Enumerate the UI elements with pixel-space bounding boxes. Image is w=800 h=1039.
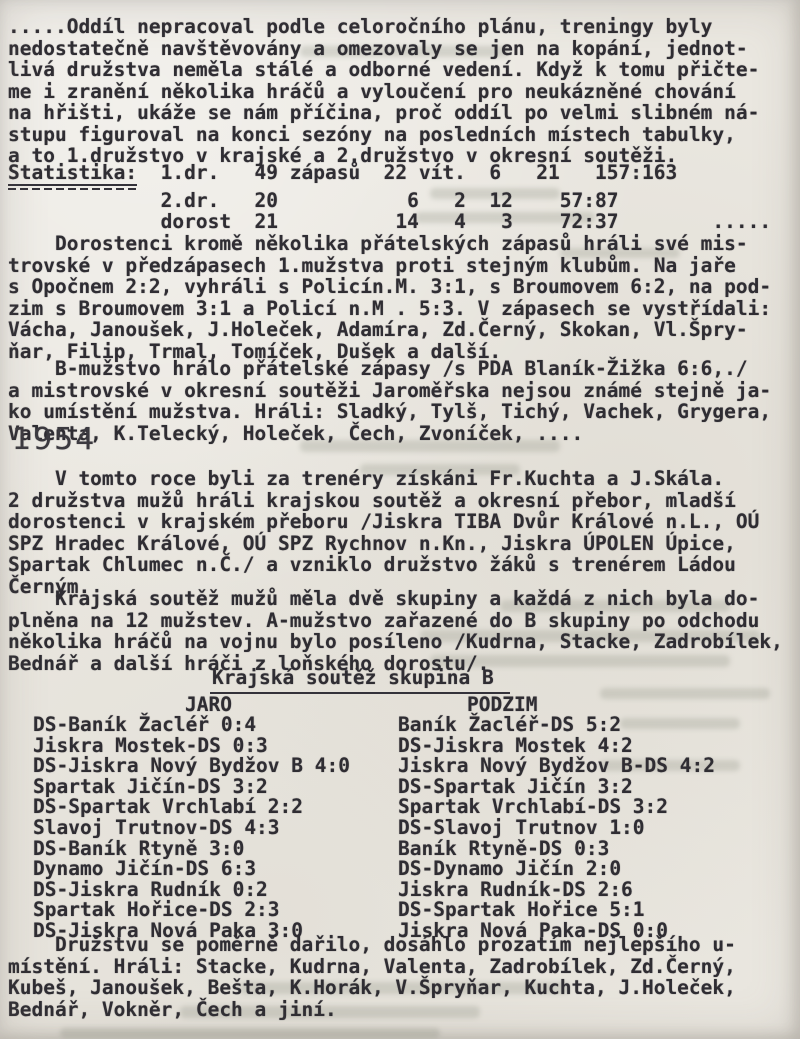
paragraph-line: zim s Broumovem 3:1 a Policí n.M . 5:3. … <box>8 298 771 320</box>
paragraph-intro: .....Oddíl nepracoval podle celoročního … <box>8 16 759 167</box>
paragraph-line: Bednář, Vokněr, Čech a jiní. <box>8 999 736 1021</box>
paragraph-line: B-mužstvo hrálo přátelské zápasy /s PDA … <box>8 358 771 380</box>
paragraph-line: .....Oddíl nepracoval podle celoročního … <box>8 16 759 38</box>
match-result-row: Dynamo Jičín-DS 6:3 <box>33 859 350 880</box>
match-result-row: Spartak Jičín-DS 3:2 <box>33 777 350 798</box>
match-result-row: DS-Slavoj Trutnov 1:0 <box>398 818 715 839</box>
bleed-through-artifact <box>600 688 770 699</box>
paragraph-1954-intro: V tomto roce byli za trenéry získáni Fr.… <box>8 468 759 597</box>
paragraph-line: místění. Hráli: Stacke, Kudrna, Valenta,… <box>8 956 736 978</box>
paragraph-line: me i zranění několika hráčů a vyloučení … <box>8 81 759 103</box>
match-result-row: Baník Žacléř-DS 5:2 <box>398 715 715 736</box>
match-result-row: DS-Spartak Jičín 3:2 <box>398 777 715 798</box>
match-result-row: Jiskra Nový Bydžov B-DS 4:2 <box>398 756 715 777</box>
statistics-block: Statistika: 1.dr. 49 zápasů 22 vít. 6 21… <box>8 162 771 233</box>
statistics-row: 2.dr. 20 6 2 12 57:87 <box>8 190 771 212</box>
paragraph-line: ko umístění mužstva. Hráli: Sladký, Tylš… <box>8 401 771 423</box>
paragraph-line: Spartak Chlumec n.Č./ a vzniklo družstvo… <box>8 554 759 576</box>
paragraph-line: s Opočnem 2:2, vyhráli s Policín.M. 3:1,… <box>8 276 771 298</box>
paragraph-line: V tomto roce byli za trenéry získáni Fr.… <box>8 468 759 490</box>
statistics-row-1-values: 1.dr. 49 zápasů 22 vít. 6 21 157:163 <box>137 161 677 184</box>
match-result-row: Spartak Hořice-DS 2:3 <box>33 900 350 921</box>
match-result-row: Baník Rtyně-DS 0:3 <box>398 839 715 860</box>
paragraph-final: Družstvu se poměrně dařilo, dosáhlo proz… <box>8 934 736 1020</box>
paragraph-line: trovské v předzápasech 1.mužstva proti s… <box>8 255 771 277</box>
match-result-row: DS-Jiskra Rudník 0:2 <box>33 880 350 901</box>
bleed-through-artifact <box>60 1028 440 1038</box>
statistics-label: Statistika: <box>8 162 137 190</box>
paragraph-line: Krajská soutěž mužů měla dvě skupiny a k… <box>8 588 783 610</box>
paragraph-line: livá družstva neměla stálé a odborné ved… <box>8 59 759 81</box>
paragraph-line: a mistrovské v okresní soutěži Jaroměřsk… <box>8 380 771 402</box>
match-result-row: DS-Spartak Hořice 5:1 <box>398 900 715 921</box>
scanned-document-page: .....Oddíl nepracoval podle celoročního … <box>0 0 800 1039</box>
match-result-row: Spartak Vrchlabí-DS 3:2 <box>398 797 715 818</box>
match-result-row: DS-Jiskra Mostek 4:2 <box>398 736 715 757</box>
match-result-row: Jiskra Mostek-DS 0:3 <box>33 736 350 757</box>
match-result-row: DS-Dynamo Jičín 2:0 <box>398 859 715 880</box>
podzim-results-column: Baník Žacléř-DS 5:2DS-Jiskra Mostek 4:2J… <box>398 715 715 942</box>
paragraph-line: plněna na 12 mužstev. A-mužstvo zařazené… <box>8 610 783 632</box>
paragraph-b-muzstvo: B-mužstvo hrálo přátelské zápasy /s PDA … <box>8 358 771 444</box>
results-table-title: Krajská soutěž skupina B <box>210 666 510 694</box>
match-result-row: Jiskra Rudník-DS 2:6 <box>398 880 715 901</box>
statistics-row: Statistika: 1.dr. 49 zápasů 22 vít. 6 21… <box>8 162 771 190</box>
match-result-row: Slavoj Trutnov-DS 4:3 <box>33 818 350 839</box>
paragraph-line: Kubeš, Janoušek, Bešta, K.Horák, V.Špryň… <box>8 977 736 999</box>
results-table-title-text: Krajská soutěž skupina B <box>210 666 510 694</box>
paragraph-line: SPZ Hradec Králové, OÚ SPZ Rychnov n.Kn.… <box>8 533 759 555</box>
paragraph-krajska-soutez: Krajská soutěž mužů měla dvě skupiny a k… <box>8 588 783 674</box>
paragraph-line: 2 družstva mužů hráli krajskou soutěž a … <box>8 490 759 512</box>
paragraph-line: Dorostenci kromě několika přátelských zá… <box>8 233 771 255</box>
match-result-row: DS-Jiskra Nový Bydžov B 4:0 <box>33 756 350 777</box>
paragraph-line: nedostatečně navštěvovány a omezovaly se… <box>8 38 759 60</box>
match-result-row: DS-Spartak Vrchlabí 2:2 <box>33 797 350 818</box>
paragraph-line: Valenta, K.Telecký, Holeček, Čech, Zvoní… <box>8 423 771 445</box>
paragraph-line: stupu figuroval na konci sezóny na posle… <box>8 124 759 146</box>
paragraph-line: několika hráčů na vojnu bylo posíleno /K… <box>8 631 783 653</box>
paragraph-line: Družstvu se poměrně dařilo, dosáhlo proz… <box>8 934 736 956</box>
year-heading: 1954 <box>12 424 96 456</box>
statistics-row: dorost 21 14 4 3 72:37 ..... <box>8 211 771 233</box>
match-result-row: DS-Baník Žacléř 0:4 <box>33 715 350 736</box>
paragraph-line: dorostenci v krajském přeboru /Jiskra TI… <box>8 511 759 533</box>
paragraph-line: na hřišti, ukáže se nám příčina, proč od… <box>8 102 759 124</box>
paragraph-line: Vácha, Janoušek, J.Holeček, Adamíra, Zd.… <box>8 319 771 341</box>
jaro-results-column: DS-Baník Žacléř 0:4Jiskra Mostek-DS 0:3D… <box>33 715 350 942</box>
paragraph-dorostenci: Dorostenci kromě několika přátelských zá… <box>8 233 771 362</box>
match-result-row: DS-Baník Rtyně 3:0 <box>33 839 350 860</box>
